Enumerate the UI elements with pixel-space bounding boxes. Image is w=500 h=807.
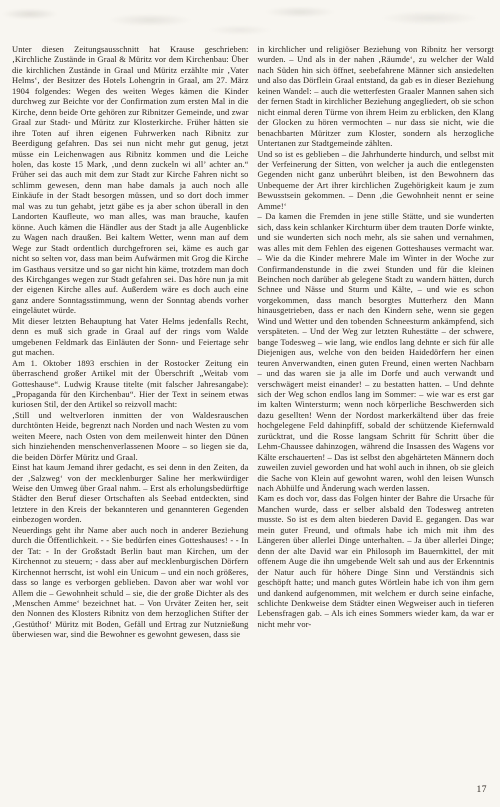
page-number: 17 bbox=[477, 785, 488, 795]
text-columns: Unter diesen Zeitungsausschnitt hat Krau… bbox=[12, 44, 494, 640]
text-column-left: Unter diesen Zeitungsausschnitt hat Krau… bbox=[12, 44, 249, 640]
paragraph: Am 1. Oktober 1893 erschien in der Rosto… bbox=[12, 358, 249, 410]
paragraph: Kam es doch vor, dass das Folgen hinter … bbox=[258, 493, 495, 629]
paragraph: in kirchlicher und religiöser Beziehung … bbox=[258, 44, 495, 149]
paragraph: Neuerdings geht ihr Name aber auch noch … bbox=[12, 525, 249, 640]
book-page: Unter diesen Zeitungsausschnitt hat Krau… bbox=[0, 0, 500, 807]
paragraph: Einst hat kaum Jemand ihrer gedacht, es … bbox=[12, 462, 249, 525]
text-column-right: in kirchlicher und religiöser Beziehung … bbox=[258, 44, 495, 640]
paragraph: Und so ist es geblieben – die Jahrhunder… bbox=[258, 149, 495, 212]
paragraph: ‚Still und weltverloren inmitten der von… bbox=[12, 410, 249, 462]
paragraph: Unter diesen Zeitungsausschnitt hat Krau… bbox=[12, 44, 249, 316]
paragraph: – Da kamen die Fremden in jene stille St… bbox=[258, 211, 495, 493]
paragraph: Mit dieser letzten Behauptung hat Vater … bbox=[12, 316, 249, 358]
scan-bleed-artifacts bbox=[0, 0, 500, 42]
